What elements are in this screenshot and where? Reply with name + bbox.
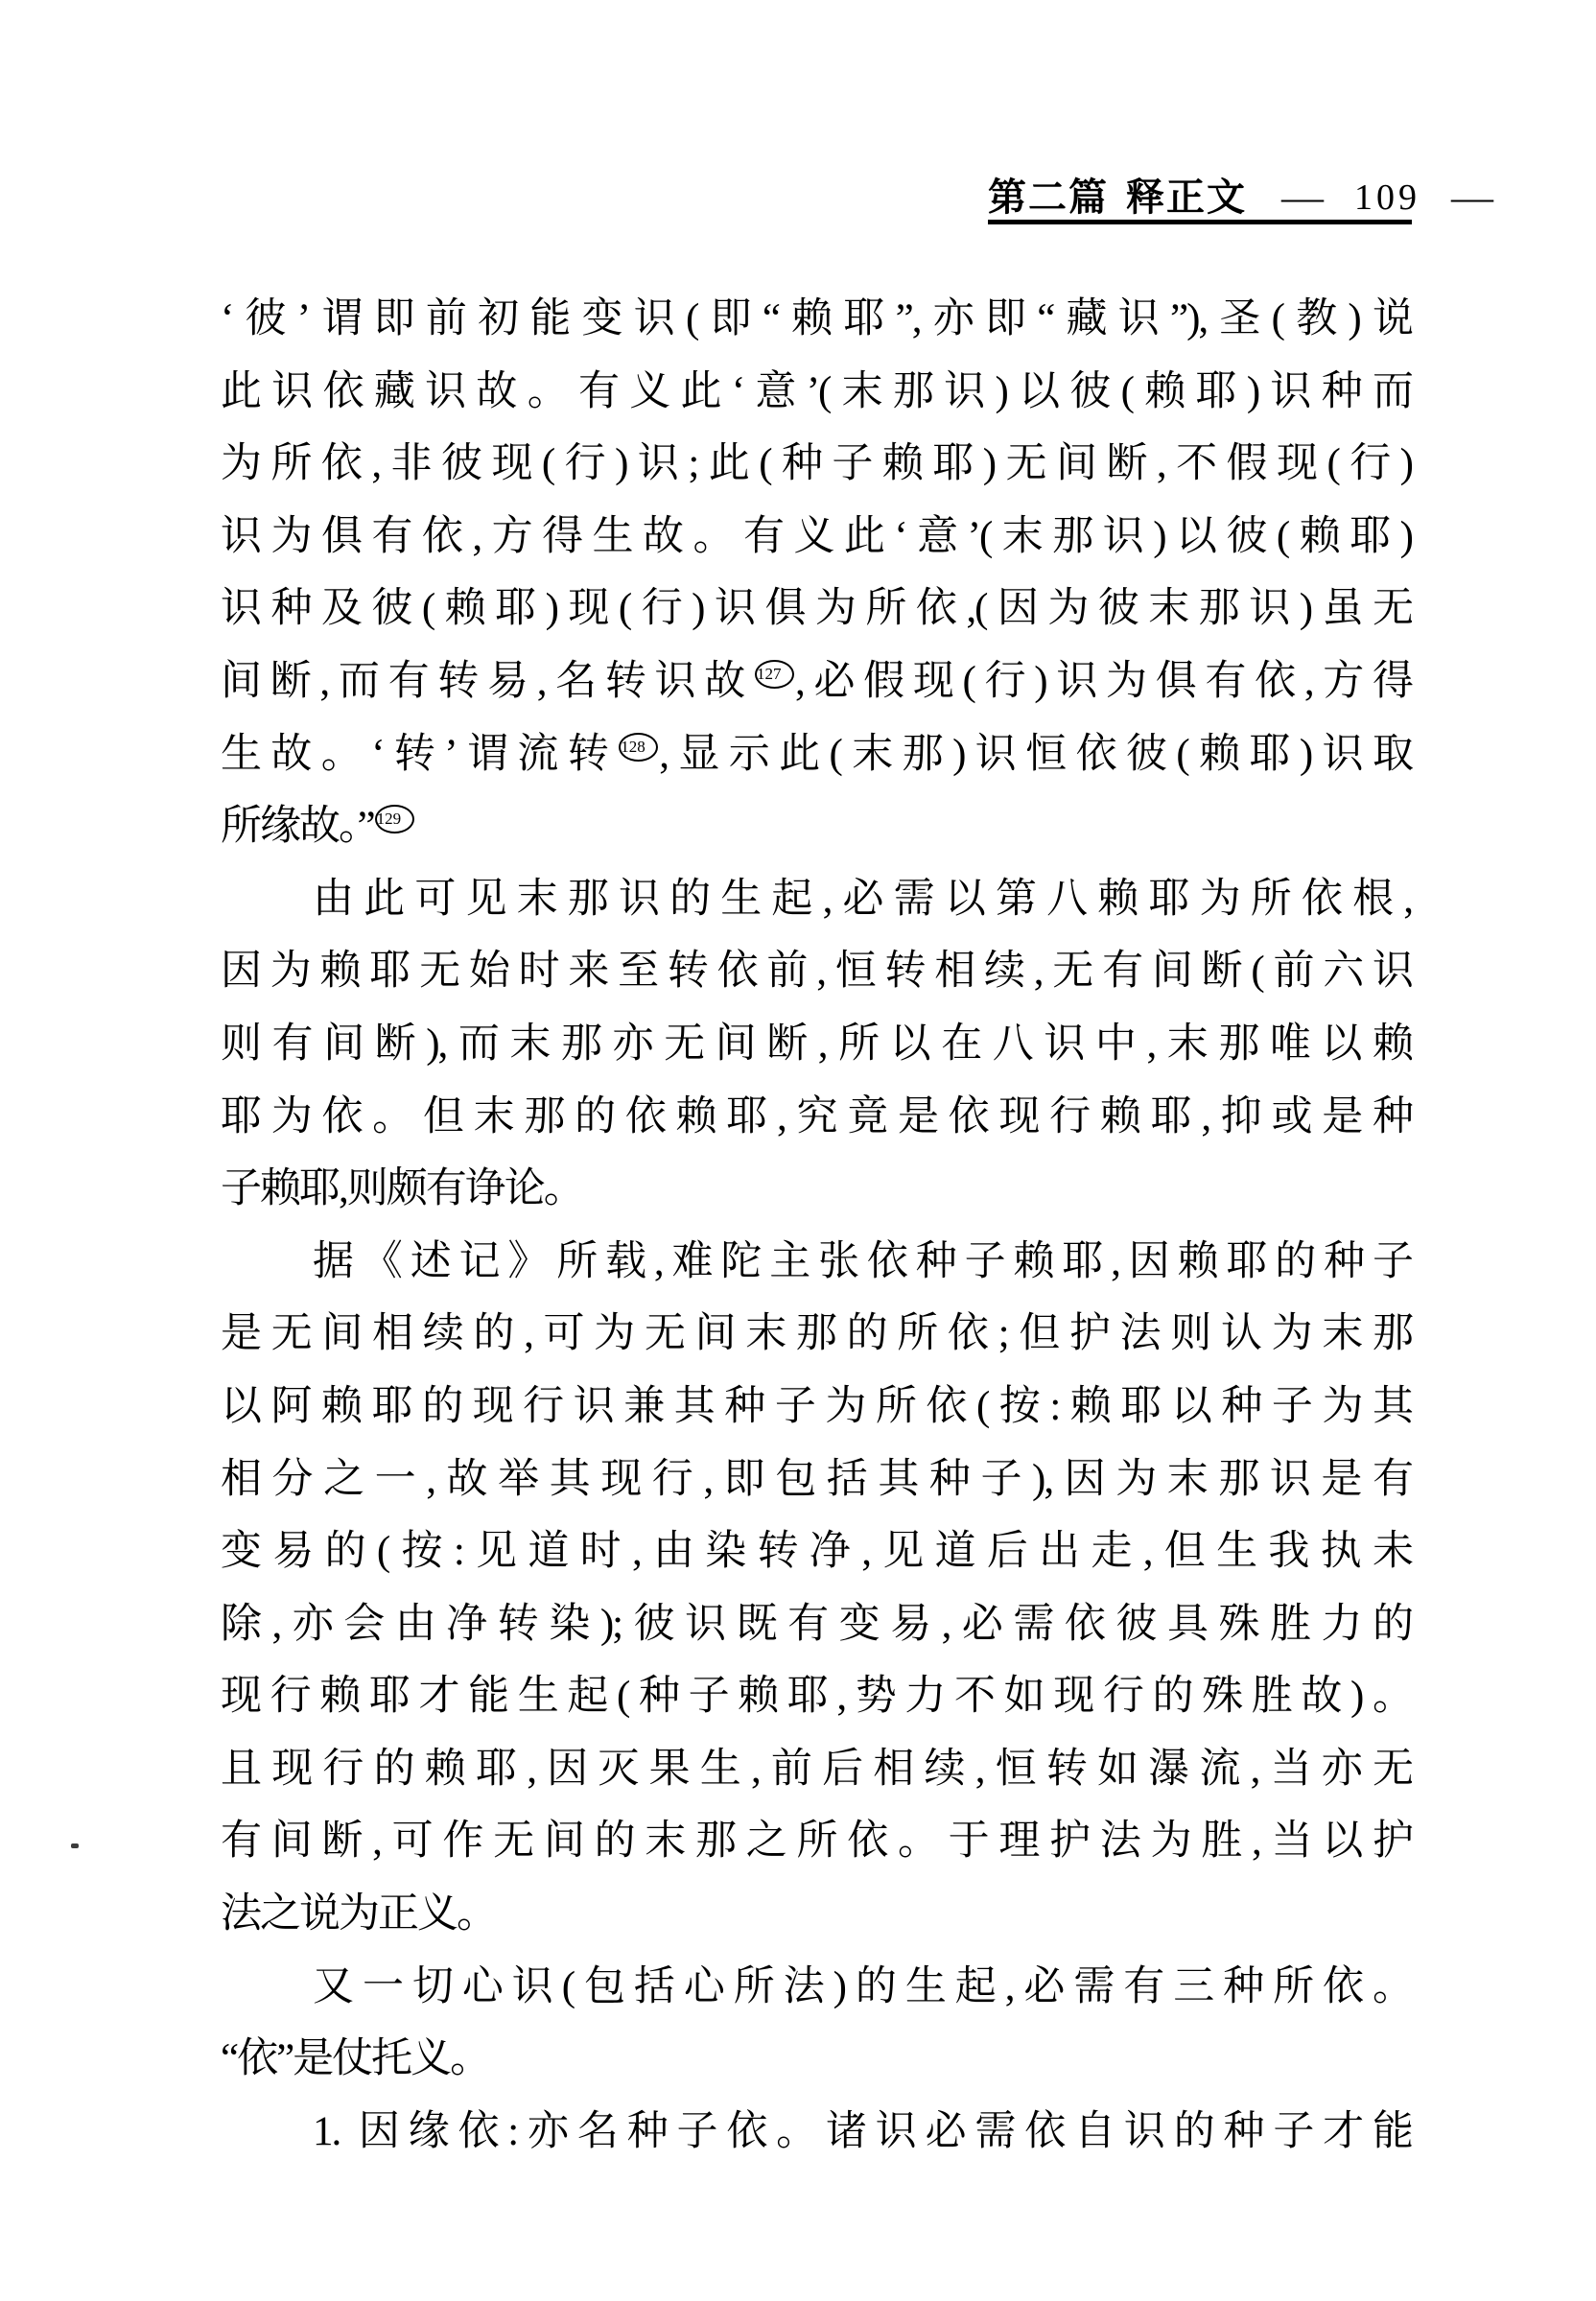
header-dash-right: — [1451, 176, 1493, 220]
text-line: 现行赖耶才能生起(种子赖耶,势力不如现行的殊胜故)。 [221, 1660, 1412, 1733]
text-line: 是无间相续的,可为无间末那的所依;但护法则认为末那 [221, 1298, 1412, 1371]
footnote-marker: 128 [619, 733, 658, 762]
text-line: 耶为依。但末那的依赖耶,究竟是依现行赖耶,抑或是种 [221, 1081, 1412, 1154]
text-line: 此识依藏识故。有义此‘意’(末那识)以彼(赖耶)识种而 [221, 356, 1412, 429]
text-line: 由此可见末那识的生起,必需以第八赖耶为所依根, [221, 863, 1412, 936]
text-line: 生故。‘转’谓流转128,显示此(末那)识恒依彼(赖耶)识取 [221, 718, 1412, 791]
text-line: 变易的(按:见道时,由染转净,见道后出走,但生我执未 [221, 1515, 1412, 1588]
header-underline [988, 220, 1412, 224]
footnote-marker: 127 [755, 660, 794, 689]
text-line: 除,亦会由净转染);彼识既有变易,必需依彼具殊胜力的 [221, 1588, 1412, 1661]
text-line: 1. 因缘依:亦名种子依。诸识必需依自识的种子才能 [221, 2096, 1412, 2169]
text-line: 且现行的赖耶,因灭果生,前后相续,恒转如瀑流,当亦无 [221, 1733, 1412, 1806]
footnote-marker: 129 [375, 805, 414, 834]
scan-speck [71, 1843, 79, 1848]
text-line: 又一切心识(包括心所法)的生起,必需有三种所依。 [221, 1951, 1412, 2024]
text-line: 所缘故。”129 [221, 790, 1412, 863]
text-line: 为所依,非彼现(行)识;此(种子赖耶)无间断,不假现(行) [221, 428, 1412, 501]
text-line: “依”是仗托义。 [221, 2023, 1412, 2096]
text-line: 间断,而有转易,名转识故127,必假现(行)识为俱有依,方得 [221, 646, 1412, 718]
text-line: 识种及彼(赖耶)现(行)识俱为所依,(因为彼末那识)虽无 [221, 573, 1412, 646]
text-line: 子赖耶,则颇有诤论。 [221, 1153, 1412, 1226]
header-page-number: 109 [1354, 176, 1420, 220]
text-line: 识为俱有依,方得生故。有义此‘意’(末那识)以彼(赖耶) [221, 501, 1412, 574]
body-text: ‘彼’谓即前初能变识(即“赖耶”,亦即“藏识”),圣(教)说此识依藏识故。有义此… [221, 283, 1412, 2168]
text-line: 则有间断),而末那亦无间断,所以在八识中,末那唯以赖 [221, 1008, 1412, 1081]
header-dash-left: — [1281, 176, 1324, 220]
text-line: 因为赖耶无始时来至转依前,恒转相续,无有间断(前六识 [221, 935, 1412, 1008]
page-header: 第二篇 释正文 — 109 — [988, 173, 1410, 223]
header-chapter-title: 释正文 [1126, 176, 1247, 220]
text-line: 法之说为正义。 [221, 1878, 1412, 1951]
scanned-book-page: 第二篇 释正文 — 109 — ‘彼’谓即前初能变识(即“赖耶”,亦即“藏识”)… [0, 0, 1596, 2301]
text-line: 据《述记》所载,难陀主张依种子赖耶,因赖耶的种子 [221, 1226, 1412, 1299]
text-line: 以阿赖耶的现行识兼其种子为所依(按:赖耶以种子为其 [221, 1371, 1412, 1444]
text-line: 有间断,可作无间的末那之所依。于理护法为胜,当以护 [221, 1805, 1412, 1878]
text-line: 相分之一,故举其现行,即包括其种子),因为末那识是有 [221, 1444, 1412, 1516]
text-line: ‘彼’谓即前初能变识(即“赖耶”,亦即“藏识”),圣(教)说 [221, 283, 1412, 356]
header-section: 第二篇 [988, 176, 1109, 220]
